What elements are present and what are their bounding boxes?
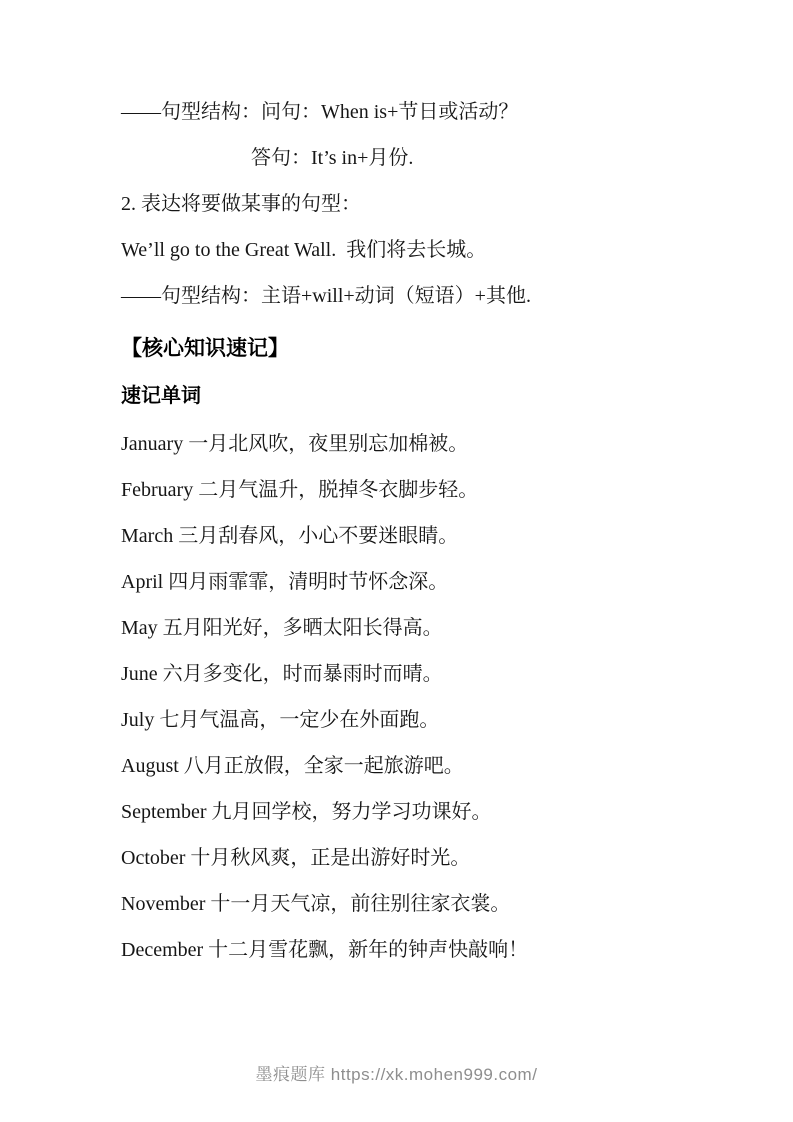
month-line-february: February 二月气温升，脱掉冬衣脚步轻。 bbox=[121, 478, 701, 502]
month-line-august: August 八月正放假，全家一起旅游吧。 bbox=[121, 754, 701, 778]
section-title-core-knowledge: 【核心知识速记】 bbox=[121, 336, 701, 362]
month-line-january: January 一月北风吹，夜里别忘加棉被。 bbox=[121, 432, 701, 456]
watermark-footer: 墨痕题库 https://xk.mohen999.com/ bbox=[0, 1064, 793, 1086]
grammar-question-structure-line: ——句型结构：问句：When is+节日或活动？ bbox=[121, 100, 701, 124]
grammar-point2-structure-line: ——句型结构：主语+will+动词（短语）+其他. bbox=[121, 284, 701, 308]
grammar-point2-title-line: 2. 表达将要做某事的句型： bbox=[121, 192, 701, 216]
grammar-answer-structure-line: 答句：It’s in+月份. bbox=[251, 146, 701, 170]
document-content: ——句型结构：问句：When is+节日或活动？ 答句：It’s in+月份. … bbox=[121, 100, 701, 984]
month-line-november: November 十一月天气凉，前往别往家衣裳。 bbox=[121, 892, 701, 916]
month-line-may: May 五月阳光好，多晒太阳长得高。 bbox=[121, 616, 701, 640]
month-line-july: July 七月气温高，一定少在外面跑。 bbox=[121, 708, 701, 732]
grammar-point2-example-line: We’ll go to the Great Wall. 我们将去长城。 bbox=[121, 238, 701, 262]
month-line-june: June 六月多变化，时而暴雨时而晴。 bbox=[121, 662, 701, 686]
document-page: ——句型结构：问句：When is+节日或活动？ 答句：It’s in+月份. … bbox=[0, 0, 793, 1122]
month-line-september: September 九月回学校，努力学习功课好。 bbox=[121, 800, 701, 824]
month-line-december: December 十二月雪花飘，新年的钟声快敲响！ bbox=[121, 938, 701, 962]
month-line-march: March 三月刮春风，小心不要迷眼睛。 bbox=[121, 524, 701, 548]
month-line-april: April 四月雨霏霏，清明时节怀念深。 bbox=[121, 570, 701, 594]
month-line-october: October 十月秋风爽，正是出游好时光。 bbox=[121, 846, 701, 870]
section-subtitle-quick-words: 速记单词 bbox=[121, 384, 701, 408]
